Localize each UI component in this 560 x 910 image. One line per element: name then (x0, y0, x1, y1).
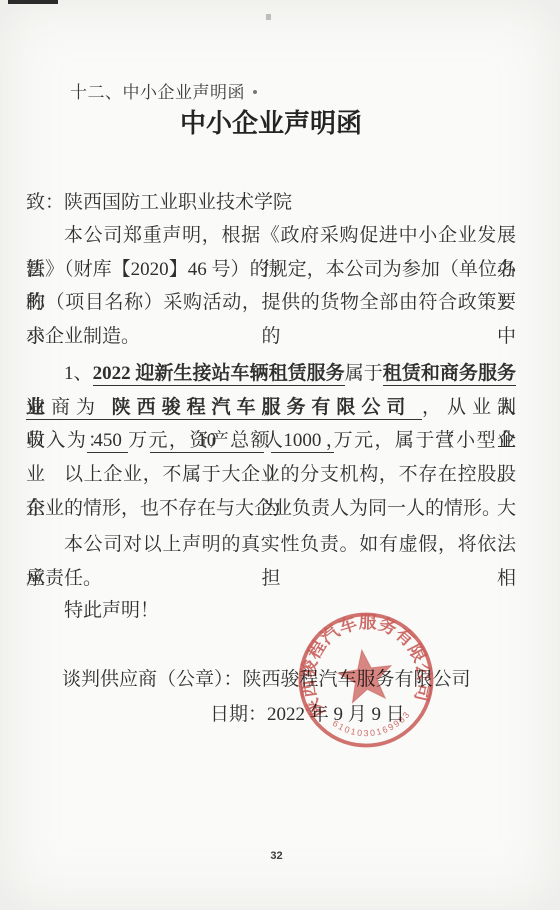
page-number: 32 (0, 850, 553, 862)
item-number: 1、 (64, 363, 93, 384)
paragraph-line: 1、2022 迎新生接站车辆租赁服务属于租赁和商务服务业；制 (26, 357, 516, 391)
section-heading: 十二、中小企业声明函 (70, 78, 245, 103)
paragraph-line: 以上企业，不属于大企业的分支机构，不存在控股股东为大 (26, 458, 516, 492)
revenue-filled: 450 (87, 430, 128, 453)
closing-statement: 特此声明！ (26, 594, 516, 628)
text-segment: 收入为 (26, 430, 87, 451)
scan-speck (266, 14, 271, 20)
manufacturer-filled: 陕西骏程汽车服务有限公司 (101, 397, 422, 420)
paragraph-line: 本公司对以上声明的真实性负责。如有虚假，将依法承担相 (26, 528, 516, 562)
paragraph-responsibility: 本公司对以上声明的真实性负责。如有虚假，将依法承担相 应责任。 (26, 528, 516, 595)
scan-artifact-bar (8, 0, 58, 4)
paragraph-line: 造商为 陕西骏程汽车服务有限公司 ，从业人员： 10 人， 营业 (26, 391, 516, 425)
paragraph-line: 的（项目名称）采购活动，提供的货物全部由符合政策要求的中 (26, 286, 516, 320)
project-name-filled: 2022 迎新生接站车辆租赁服务 (93, 363, 345, 386)
scan-speck (253, 90, 257, 94)
paragraph-line: 企业的情形，也不存在与大企业负责人为同一人的情形。 (26, 492, 516, 526)
seal-registration-number: 6101030169983 (330, 708, 415, 744)
document-page: 十二、中小企业声明函 中小企业声明函 致：陕西国防工业职业技术学院 本公司郑重声… (0, 0, 560, 910)
addressee-line: 致：陕西国防工业职业技术学院 (26, 186, 516, 220)
seal-star-icon (335, 646, 395, 704)
paragraph-not-large-enterprise: 以上企业，不属于大企业的分支机构，不存在控股股东为大 企业的情形，也不存在与大企… (26, 458, 516, 525)
paragraph-item1: 1、2022 迎新生接站车辆租赁服务属于租赁和商务服务业；制 造商为 陕西骏程汽… (26, 357, 516, 458)
paragraph-line: 本公司郑重声明，根据《政府采购促进中小企业发展暂行办 (26, 219, 516, 253)
text-segment: 造商为 (26, 397, 101, 418)
document-title: 中小企业声明函 (26, 103, 516, 140)
svg-text:6101030169983: 6101030169983 (330, 708, 415, 744)
paragraph-line: 收入为 450 万元，资产总额 1000 万元，属于（小型企业）。 (26, 424, 516, 458)
assets-filled: 1000 (271, 430, 334, 453)
text-segment: 属于 (345, 363, 383, 384)
paragraph-declaration: 本公司郑重声明，根据《政府采购促进中小企业发展暂行办 法》（财库【2020】46… (26, 219, 516, 353)
text-segment: 万元，资产总额 (128, 430, 271, 451)
company-seal-stamp: 陕西骏程汽车服务有限公司 6101030169983 (278, 592, 454, 768)
paragraph-line: 法》（财库【2020】46 号）的规定，本公司为参加（单位名称） (26, 253, 516, 287)
